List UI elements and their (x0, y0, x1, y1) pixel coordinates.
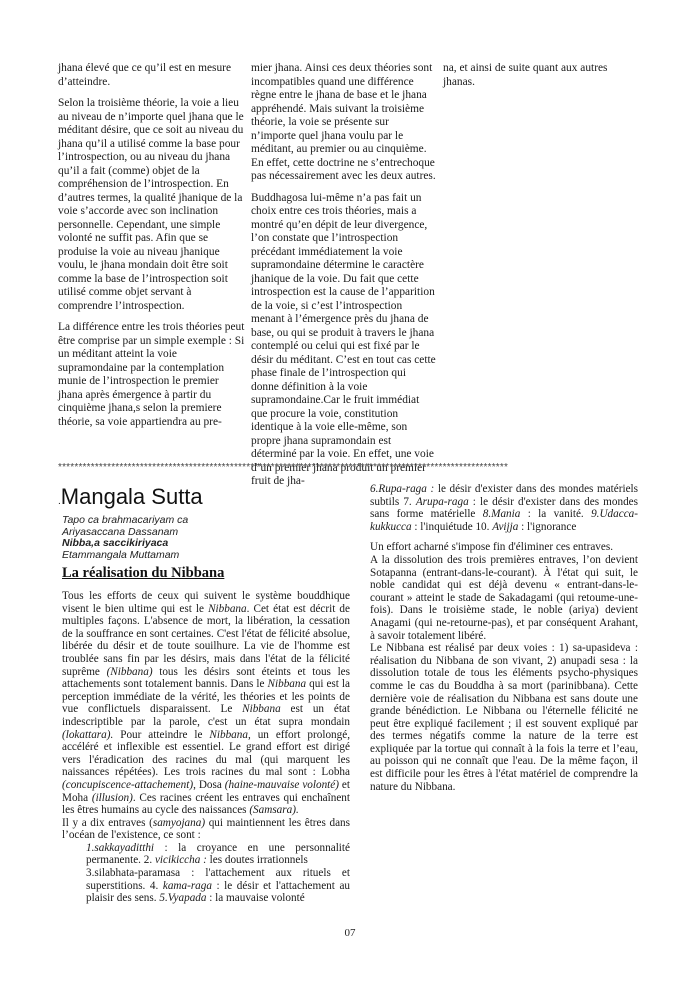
text: : l'ignorance (518, 521, 576, 533)
term: Arupa-raga (416, 496, 469, 508)
top-column-3: na, et ainsi de suite quant aux autres j… (443, 62, 633, 97)
term: Avijja (492, 521, 518, 533)
paragraph: na, et ainsi de suite quant aux autres j… (443, 62, 633, 89)
verse-line: Tapo ca brahmacariyam ca (62, 515, 188, 527)
verse-line: Etammangala Muttamam (62, 550, 188, 562)
term: Nibbana (268, 678, 307, 690)
text: Pour atteindre le (113, 729, 209, 741)
text: : la vanité. (520, 508, 591, 520)
text: les doutes irrationnels (207, 854, 308, 866)
term: 5.Vyapada (159, 892, 206, 904)
verse-line: Nibba,a saccikiriyaca (62, 538, 188, 550)
text: : la mauvaise volonté (206, 892, 304, 904)
paragraph: Selon la troisième théorie, la voie a li… (58, 97, 246, 313)
list-item: 1.sakkayaditthi : la croyance en une per… (62, 842, 350, 867)
paragraph: Un effort acharné s'impose fin d'élimine… (370, 541, 638, 554)
paragraph: Il y a dix entraves (samyojana) qui main… (62, 817, 350, 842)
article-subtitle: La réalisation du Nibbana (62, 565, 224, 582)
term: Nibbana, (209, 729, 250, 741)
list-item: 6.Rupa-raga : le désir d'exister dans de… (370, 483, 638, 533)
term: samyojana) (153, 817, 205, 829)
term: 8.Mania (483, 508, 521, 520)
list-item: 3.silabhata-paramasa : l'attachement aux… (62, 867, 350, 905)
top-column-2: mier jhana. Ainsi ces deux théories sont… (251, 62, 436, 497)
term: (lokattara). (62, 729, 113, 741)
article-title: .Mangala Sutta (58, 484, 203, 515)
term: (Samsara). (249, 804, 298, 816)
paragraph: A la dissolution des trois premières ent… (370, 554, 638, 642)
term: 1.sakkayaditthi (86, 842, 154, 854)
paragraph: jhana élevé que ce qu’il est en mesure d… (58, 62, 246, 89)
top-column-1: jhana élevé que ce qu’il est en mesure d… (58, 62, 246, 437)
text: Il y a dix entraves ( (62, 817, 153, 829)
text: , Dosa (193, 779, 225, 791)
term: kama-raga (163, 880, 212, 892)
title-text: Mangala Sutta (61, 484, 203, 509)
term: vicikiccha : (155, 854, 207, 866)
paragraph: Le Nibbana est réalisé par deux voies : … (370, 642, 638, 793)
paragraph: La différence entre les trois théories p… (58, 321, 246, 429)
paragraph: Buddhagosa lui-même n’a pas fait un choi… (251, 192, 436, 489)
term: (concupiscence-attachement) (62, 779, 193, 791)
term: Nibbana (242, 703, 281, 715)
page-number: 07 (0, 927, 700, 939)
paragraph: mier jhana. Ainsi ces deux théories sont… (251, 62, 436, 184)
section-separator: ****************************************… (58, 462, 633, 474)
article-left-column: Tous les efforts de ceux qui suivent le … (62, 590, 350, 905)
term: 6.Rupa-raga : (370, 483, 434, 495)
article-right-column: 6.Rupa-raga : le désir d'exister dans de… (370, 483, 638, 793)
text: : l'inquiétude 10. (412, 521, 493, 533)
paragraph: Tous les efforts de ceux qui suivent le … (62, 590, 350, 817)
term: (illusion) (92, 792, 133, 804)
term: (haine-mauvaise volonté) (225, 779, 339, 791)
term: Nibbana (208, 603, 247, 615)
term: (Nibbana) (107, 666, 153, 678)
pali-verse: Tapo ca brahmacariyam ca Ariyasaccana Da… (62, 515, 188, 561)
